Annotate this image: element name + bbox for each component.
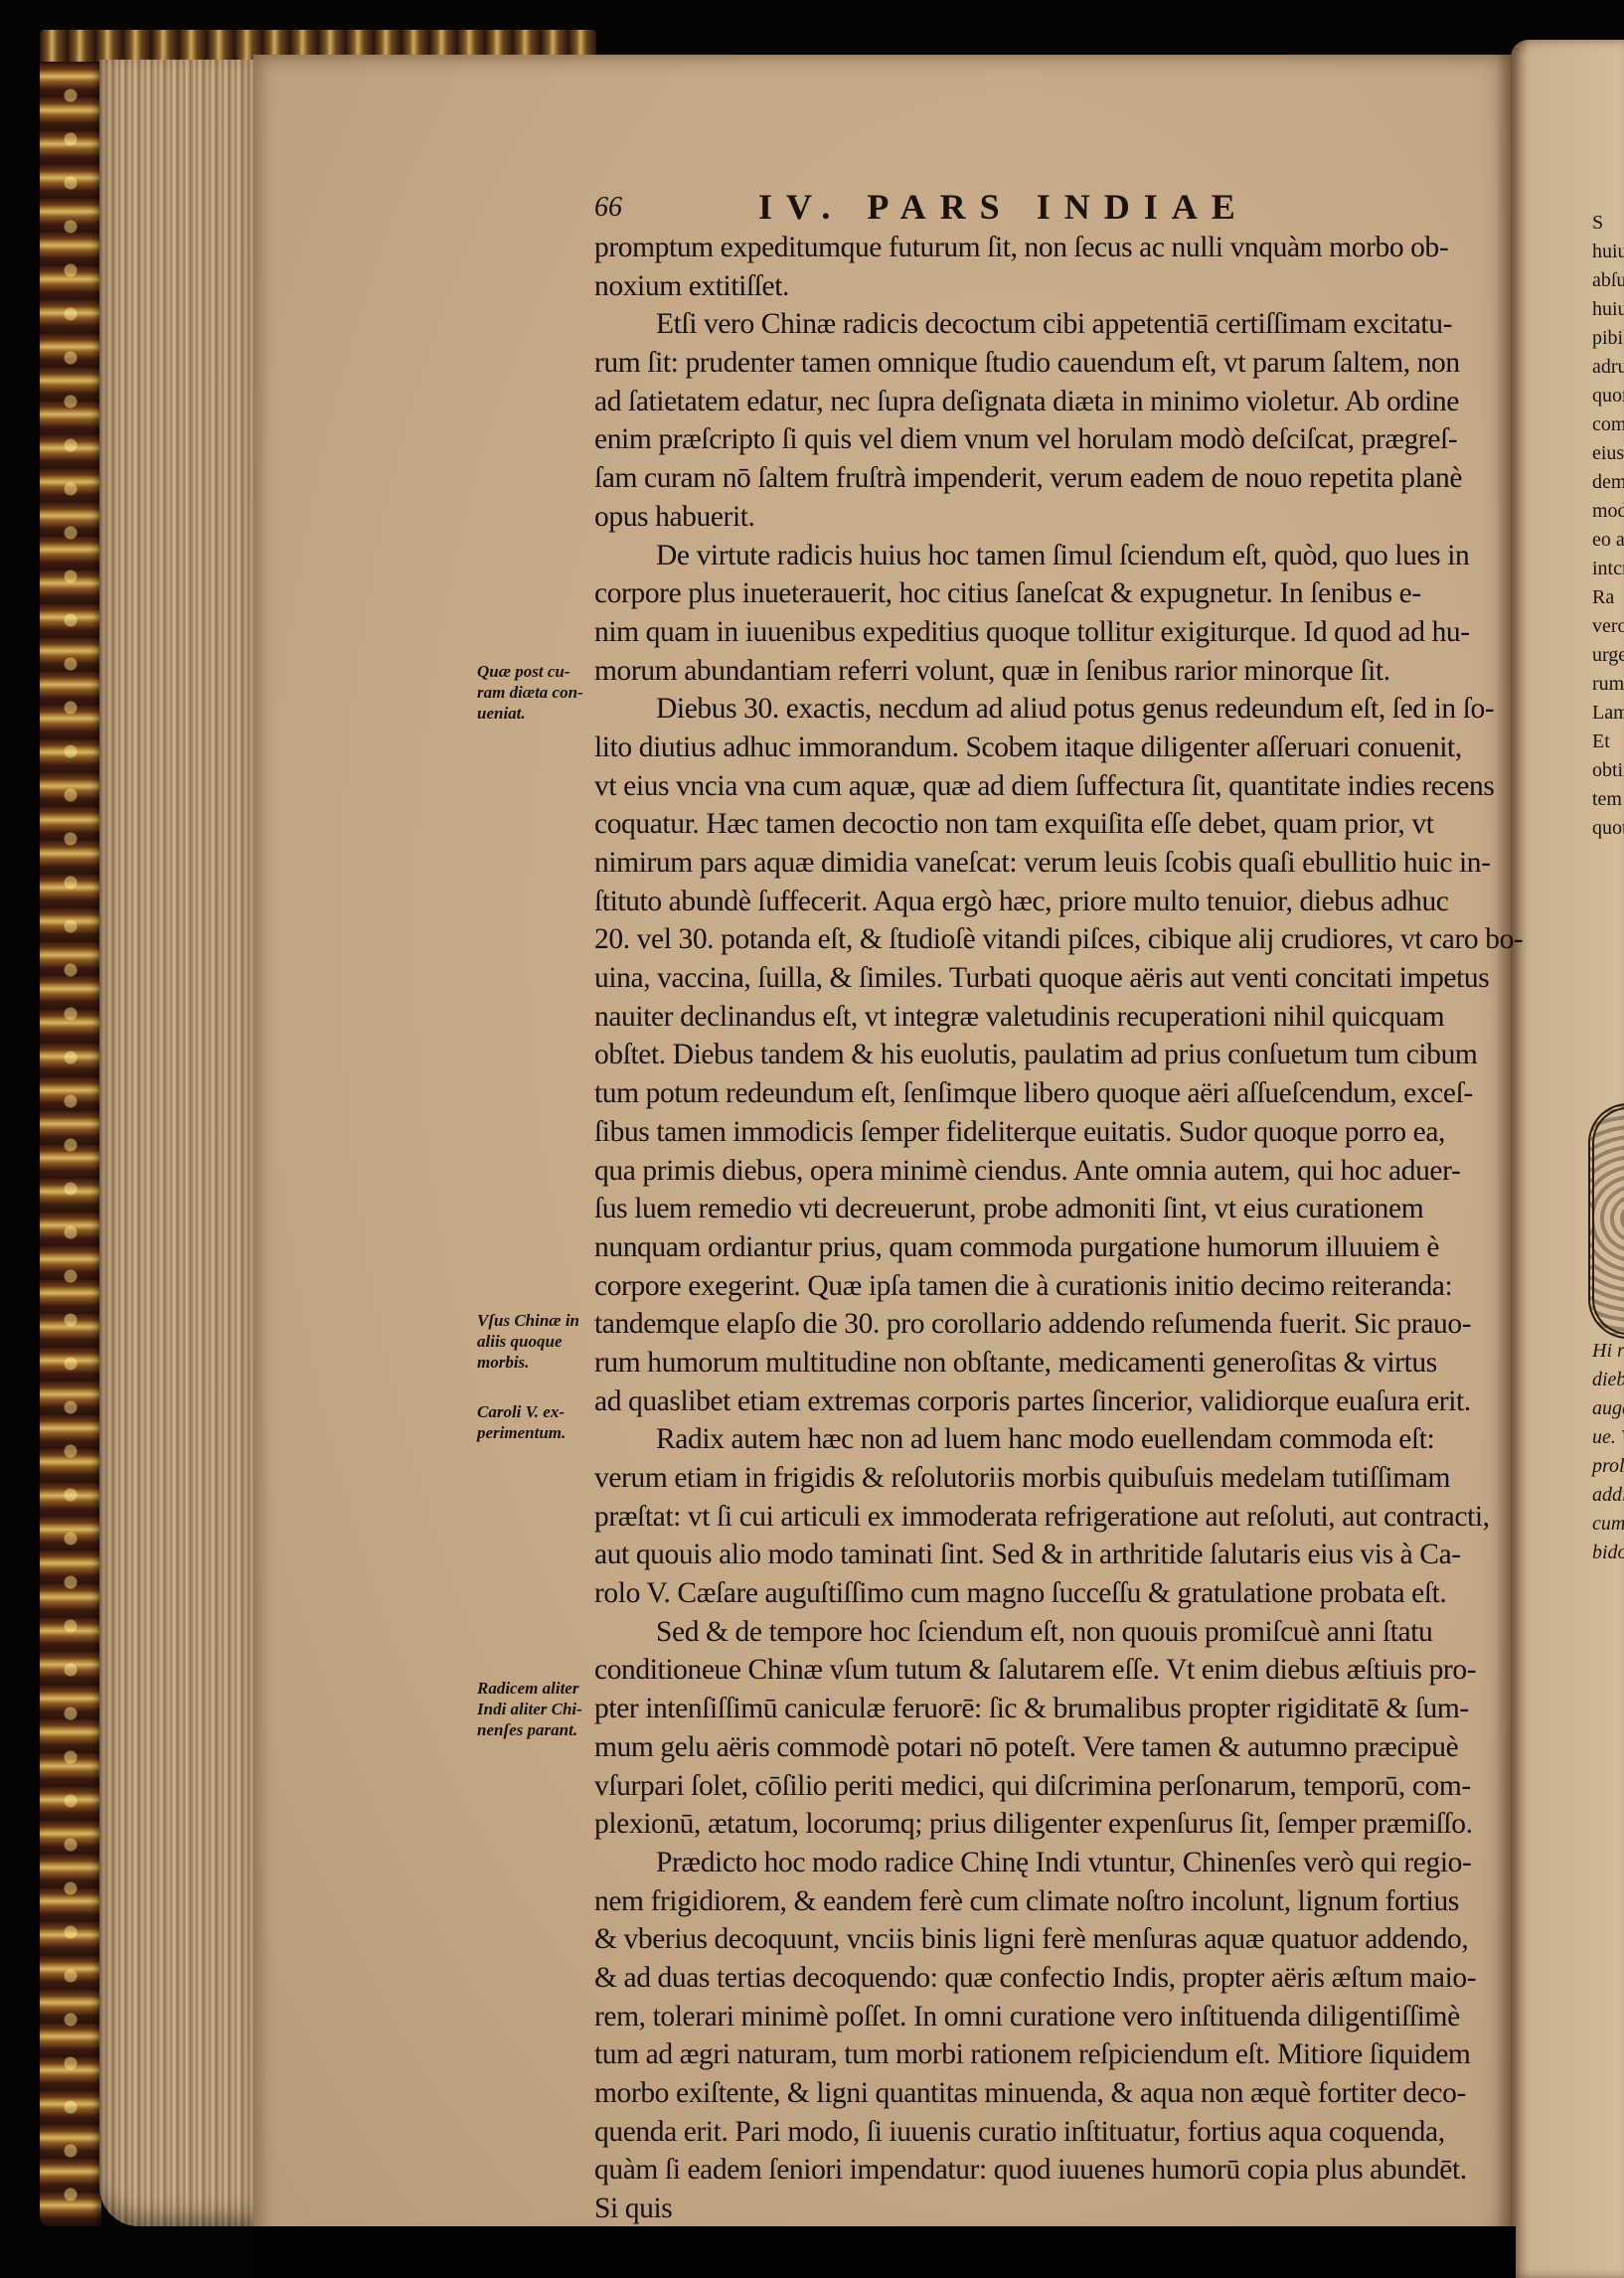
- text-line: corpore plus inueterauerit, hoc citius ſ…: [594, 574, 1524, 613]
- margin-note-diet-after-cure: Quæ post cu-ram diæta con-ueniat.: [477, 661, 596, 724]
- text-line: opus habuerit.: [594, 498, 1524, 537]
- text-line: rolo V. Cæſare auguſtiſſimo cum magno ſu…: [594, 1574, 1524, 1613]
- facing-page-line: intcrin: [1592, 555, 1624, 583]
- text-line: uina, vaccina, ſuilla, & ſimiles. Turbat…: [594, 959, 1524, 998]
- text-line: Sed & de tempore hoc ſciendum eſt, non q…: [594, 1613, 1524, 1652]
- text-line: Prædicto hoc modo radice Chinę Indi vtun…: [594, 1844, 1524, 1882]
- facing-page-line: augentur: [1592, 1394, 1624, 1423]
- text-line: quàm ſi eadem ſeniori impendatur: quod i…: [594, 2151, 1524, 2190]
- text-line: ſibus tamen immodicis ſemper fideliterqu…: [594, 1113, 1524, 1152]
- text-line: rum ſit: prudenter tamen omnique ſtudio …: [594, 344, 1524, 383]
- text-line: nimirum pars aquæ dimidia vaneſcat: veru…: [594, 844, 1524, 883]
- text-line: nunquam ordiantur prius, quam commoda pu…: [594, 1228, 1524, 1267]
- margin-note-line: nenſes parant.: [477, 1719, 596, 1740]
- text-line: lito diutius adhuc immorandum. Scobem it…: [594, 729, 1524, 767]
- text-line: conditioneue Chinæ vſum tutum & ſalutare…: [594, 1651, 1524, 1690]
- text-line: tum ad ægri naturam, tum morbi rationem …: [594, 2035, 1524, 2074]
- running-header: 66 IV. PARS INDIAE: [594, 186, 1529, 226]
- margin-note-line: Indi aliter Chi-: [477, 1699, 596, 1719]
- facing-page-line: Hi radice: [1592, 1337, 1624, 1366]
- text-line: qua primis diebus, opera minimè ciendus.…: [594, 1152, 1524, 1191]
- facing-page-line: prolicienda: [1592, 1452, 1624, 1481]
- facing-page-line: quorun: [1592, 382, 1624, 410]
- margin-note-line: aliis quoque: [477, 1331, 596, 1352]
- text-line: præſtat: vt ſi cui articuli ex immoderat…: [594, 1498, 1524, 1537]
- text-line: coquatur. Hæc tamen decoctio non tam exq…: [594, 805, 1524, 844]
- facing-page-line: diebus ali: [1592, 1366, 1624, 1394]
- margin-note-charles-v-experiment: Caroli V. ex-perimentum.: [477, 1401, 596, 1443]
- margin-note-line: Caroli V. ex-: [477, 1401, 596, 1422]
- facing-page-line: Ra: [1592, 583, 1624, 612]
- text-line: & vberius decoquunt, vnciis binis ligni …: [594, 1920, 1524, 1959]
- margin-note-line: Quæ post cu-: [477, 661, 596, 682]
- text-line: ad quaslibet etiam extremas corporis par…: [594, 1383, 1524, 1421]
- facing-page-line: S: [1592, 209, 1624, 238]
- text-line: aut quouis alio modo taminati ſint. Sed …: [594, 1536, 1524, 1574]
- facing-page-line: rum fac: [1592, 670, 1624, 699]
- facing-page-line: obtinet,: [1592, 756, 1624, 785]
- text-line: & ad duas tertias decoquendo: quæ confec…: [594, 1959, 1524, 1998]
- facing-page-line: vero arb: [1592, 612, 1624, 641]
- margin-note-line: Vſus Chinæ in: [477, 1310, 596, 1331]
- text-line: Etſi vero Chinæ radicis decoctum cibi ap…: [594, 305, 1524, 344]
- text-line: tandemque elapſo die 30. pro corollario …: [594, 1305, 1524, 1344]
- facing-page-line: urgens ſp: [1592, 641, 1624, 670]
- text-line: pter intenſiſſimū caniculæ feruorē: ſic …: [594, 1690, 1524, 1728]
- text-line: plexionū, ætatum, locorumq; prius dilige…: [594, 1805, 1524, 1844]
- facing-page-line: bidos: [1592, 1539, 1624, 1567]
- text-line: ad ſatietatem edatur, nec ſupra deſignat…: [594, 383, 1524, 421]
- facing-page-line: ue. Vel: [1592, 1423, 1624, 1452]
- facing-page-line: modo: [1592, 497, 1624, 526]
- facing-page-line: huius ra: [1592, 295, 1624, 324]
- text-line: enim præſcripto ſi quis vel diem vnum ve…: [594, 420, 1524, 459]
- text-line: ſam curam nō ſaltem fruſtrà impenderit, …: [594, 459, 1524, 498]
- facing-page-line: eius vſu: [1592, 439, 1624, 468]
- text-line: quenda erit. Pari modo, ſi iuuenis curat…: [594, 2113, 1524, 2152]
- gilt-leather-binding: [40, 30, 101, 2226]
- catchword: Si quis: [594, 2190, 1524, 2228]
- margin-note-line: Radicem aliter: [477, 1678, 596, 1699]
- facing-page-line: Et: [1592, 728, 1624, 756]
- facing-page-line: adruo: [1592, 353, 1624, 382]
- decorated-initial-ornament: [1588, 1103, 1624, 1339]
- main-text-column: promptum expeditumque futurum ſit, non ſ…: [594, 229, 1524, 2228]
- text-line: Radix autem hæc non ad luem hanc modo eu…: [594, 1420, 1524, 1459]
- facing-page-line: pibibe: [1592, 324, 1624, 353]
- page-fore-edge-stack: [99, 60, 258, 2226]
- facing-page-line: huius: [1592, 238, 1624, 266]
- text-line: verum etiam in frigidis & reſolutoriis m…: [594, 1459, 1524, 1498]
- facing-page-line: eo aqu: [1592, 526, 1624, 555]
- running-title: IV. PARS INDIAE: [758, 186, 1249, 228]
- text-line: nem frigidiorem, & eandem ferè cum clima…: [594, 1882, 1524, 1921]
- page-number: 66: [594, 192, 622, 224]
- text-line: promptum expeditumque futurum ſit, non ſ…: [594, 229, 1524, 267]
- text-line: morbo exiſtente, & ligni quantitas minue…: [594, 2074, 1524, 2113]
- bottom-shadow: [253, 2226, 1516, 2278]
- margin-note-china-other-diseases: Vſus Chinæ inaliis quoquemorbis.: [477, 1310, 596, 1373]
- text-line: nim quam in iuuenibus expeditius quoque …: [594, 613, 1524, 652]
- facing-page-line: quotidian: [1592, 814, 1624, 843]
- text-line: De virtute radicis huius hoc tamen ſimul…: [594, 537, 1524, 575]
- facing-page-line: abſume: [1592, 266, 1624, 295]
- text-line: vt eius vncia vna cum aquæ, quæ ad diem …: [594, 767, 1524, 806]
- text-line: tum potum redeundum eſt, ſenſimque liber…: [594, 1074, 1524, 1113]
- margin-note-line: ram diæta con-: [477, 682, 596, 703]
- text-line: Diebus 30. exactis, necdum ad aliud potu…: [594, 690, 1524, 729]
- facing-page-line: commo: [1592, 410, 1624, 439]
- text-line: 20. vel 30. potanda eſt, & ſtudioſè vita…: [594, 920, 1524, 959]
- text-line: rem, tolerari minimè poſſet. In omni cur…: [594, 1998, 1524, 2036]
- text-line: ſtituto abundè ſuffecerit. Aqua ergò hæc…: [594, 883, 1524, 921]
- text-line: nauiter declinandus eſt, vt integræ vale…: [594, 998, 1524, 1037]
- facing-page-line: addit, pelli: [1592, 1481, 1624, 1510]
- text-line: noxium extitiſſet.: [594, 267, 1524, 306]
- margin-note-line: perimentum.: [477, 1422, 596, 1443]
- facing-page-line: cum malig: [1592, 1510, 1624, 1539]
- text-line: morum abundantiam referri volunt, quæ in…: [594, 652, 1524, 691]
- text-line: rum humorum multitudine non obſtante, me…: [594, 1344, 1524, 1383]
- margin-note-preparation-methods: Radicem aliterIndi aliter Chi-nenſes par…: [477, 1678, 596, 1740]
- facing-page-line: tem eius: [1592, 785, 1624, 814]
- text-line: ſus luem remedio vti decreuerunt, probe …: [594, 1190, 1524, 1228]
- text-line: vſurpari ſolet, cōſilio periti medici, q…: [594, 1767, 1524, 1806]
- margin-note-line: morbis.: [477, 1352, 596, 1373]
- text-line: mum gelu aëris commodè potari nō poteſt.…: [594, 1728, 1524, 1767]
- margin-note-line: ueniat.: [477, 703, 596, 724]
- facing-page-text-lower: Hi radicediebus aliaugenturue. Velprolic…: [1592, 1337, 1624, 1567]
- text-line: obſtet. Diebus tandem & his euolutis, pa…: [594, 1036, 1524, 1074]
- text-line: corpore exegerint. Quæ ipſa tamen die à …: [594, 1267, 1524, 1306]
- facing-page-text-upper: Shuiusabſumehuius rapibibeadruoquoruncom…: [1592, 209, 1624, 843]
- facing-page-line: dem ill: [1592, 468, 1624, 497]
- facing-page-line: Lampato: [1592, 699, 1624, 728]
